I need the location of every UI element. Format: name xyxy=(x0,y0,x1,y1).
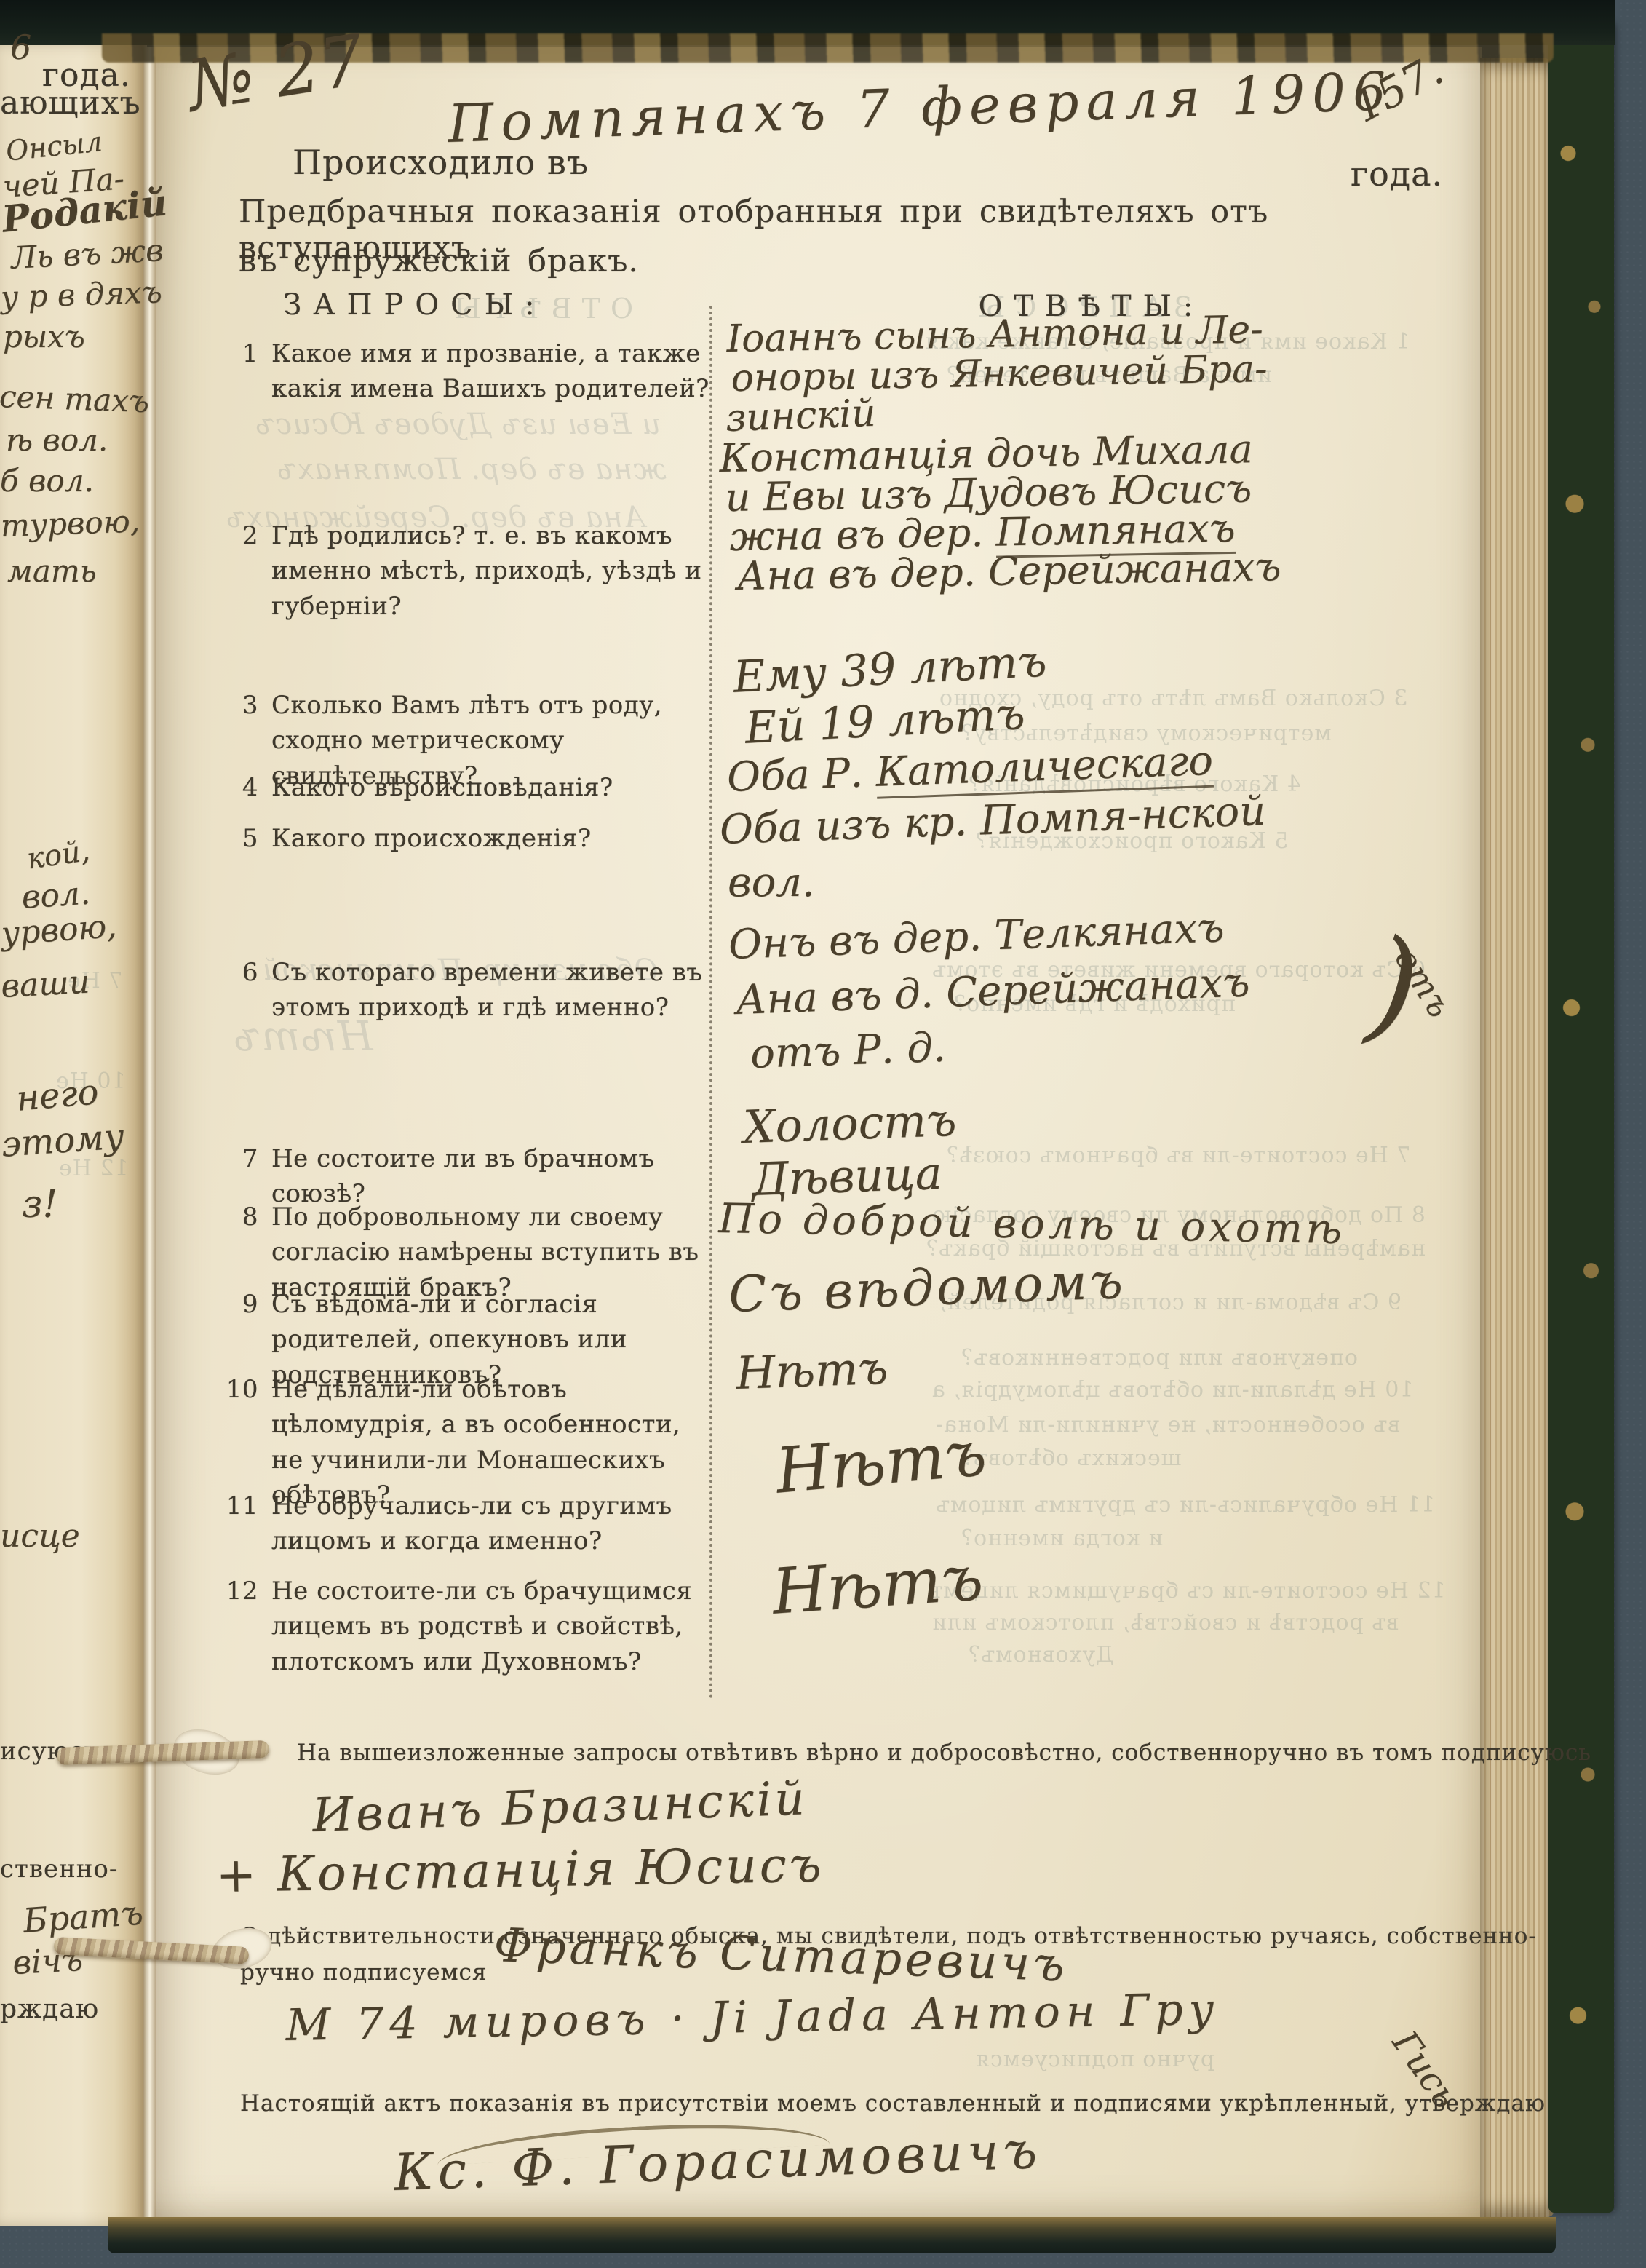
prev-page-print: ственно- xyxy=(0,1855,118,1884)
question-number: 1 xyxy=(218,336,258,407)
ghost-text: 7 Не состоите-ли въ брачномъ союзѣ? xyxy=(946,1143,1411,1168)
queries-column-header: ЗАПРОСЫ: xyxy=(204,288,626,322)
question-number: 4 xyxy=(218,770,258,805)
header-printed-year-suffix: года. xyxy=(1351,154,1443,194)
question-number: 5 xyxy=(218,821,258,856)
question-text: Какое имя и прозваніе, а также какія име… xyxy=(271,336,720,407)
gutter-fold xyxy=(143,47,156,2223)
answer-text: Оба Р. xyxy=(726,749,877,801)
signature-bride: + Констанція Юсисъ xyxy=(215,1836,824,1903)
page-block-edge xyxy=(1480,58,1554,2217)
prev-page-handwriting: ваши xyxy=(0,964,90,1005)
prev-page-handwriting: з! xyxy=(22,1183,57,1226)
ghost-text: въ особенности, не учинили-ли Мона- xyxy=(935,1412,1400,1438)
ghost-handwriting: и Евы изъ Дудовъ Юсисъ xyxy=(255,408,661,441)
question-number: 6 xyxy=(218,955,258,1026)
answer-10: Нѣтъ xyxy=(735,1341,888,1400)
question-text: Какого вѣроисповѣданія? xyxy=(271,770,720,805)
prev-page-handwriting: рыхъ xyxy=(3,319,85,354)
question-number: 12 xyxy=(218,1574,258,1679)
prev-page-handwriting: б вол. xyxy=(0,463,94,499)
question-1: 1Какое имя и прозваніе, а также какія им… xyxy=(218,336,720,407)
ghost-text: Духовномъ? xyxy=(968,1642,1113,1668)
prev-page-handwriting: этому xyxy=(0,1116,125,1165)
ghost-handwriting: жна въ дер. Помпянахъ xyxy=(277,453,667,486)
question-text: Какого происхожденія? xyxy=(271,821,720,856)
question-text: Не состоите-ли съ брачущимся лицемъ въ р… xyxy=(271,1574,720,1679)
header-line3: въ супружескій бракъ. xyxy=(239,243,639,279)
prev-page-print: ающихъ xyxy=(0,84,141,122)
question-number: 11 xyxy=(218,1488,258,1559)
ghost-text: 10 Не дѣлали-ли обѣтовъ цѣломудрія, а xyxy=(931,1377,1413,1403)
question-4: 4Какого вѣроисповѣданія? xyxy=(218,770,720,805)
question-text: Гдѣ родились? т. е. въ какомъ именно мѣс… xyxy=(271,518,720,624)
ghost-text: въ родствѣ и свойствѣ, плотскомъ или xyxy=(931,1610,1399,1635)
prev-page-handwriting: турвою, xyxy=(0,503,140,544)
question-11: 11Не обручались-ли съ другимъ лицомъ и к… xyxy=(218,1488,720,1559)
question-5: 5Какого происхожденія? xyxy=(218,821,720,856)
ghost-text: шескихъ обѣтовъ? xyxy=(961,1446,1182,1471)
question-2: 2Гдѣ родились? т. е. въ какомъ именно мѣ… xyxy=(218,518,720,624)
question-text: Съ котораго времени живете въ этомъ прих… xyxy=(271,955,720,1026)
ghost-text: 11 Не обручались-ли съ другимъ лицомъ xyxy=(935,1492,1435,1518)
answer-6-line-3: отъ Р. д. xyxy=(750,1024,947,1078)
book-scan: ОТВѢТЫ ЗАПРОСЫ 1 Какое имя и прозваніе, … xyxy=(0,0,1646,2268)
book-cover-bottom xyxy=(108,2217,1556,2253)
question-number: 2 xyxy=(218,518,258,624)
answer-12: Нѣтъ xyxy=(770,1542,985,1629)
statement-witnesses-line-2: ручно подписуемся xyxy=(240,1959,487,1986)
question-6: 6Съ котораго времени живете въ этомъ при… xyxy=(218,955,720,1026)
prev-page-handwriting: у р в дяхъ xyxy=(0,274,162,315)
book-cover-edge xyxy=(1548,22,1614,2213)
prev-page-handwriting: 6 xyxy=(10,28,31,67)
ghost-text: опекуновъ или родственниковъ? xyxy=(961,1345,1358,1371)
statement-priest: Настоящій актъ показанія въ присутствіи … xyxy=(240,2090,1546,2117)
question-text: Не обручались-ли съ другимъ лицомъ и ког… xyxy=(271,1488,720,1559)
prev-page-handwriting: ѣ вол. xyxy=(6,422,108,458)
question-12: 12Не состоите-ли съ брачущимся лицемъ въ… xyxy=(218,1574,720,1679)
answer-2-line-4: Ана въ дер. Серейжанахъ xyxy=(736,544,1281,599)
ghost-text: 12 Не состоите-ли съ брачущимся лицемъ xyxy=(928,1578,1446,1603)
prev-page-handwriting: мать xyxy=(7,553,97,589)
ghost-text: и когда именно? xyxy=(961,1526,1163,1551)
prev-page-print: рждаю xyxy=(0,1994,99,2024)
answer-7-line-1: Холостъ xyxy=(742,1093,957,1154)
prev-page-handwriting: него xyxy=(15,1071,100,1119)
answer-5-line-2: вол. xyxy=(728,859,815,906)
prev-page-handwriting: Братъ xyxy=(22,1892,144,1940)
prev-page-handwriting: исце xyxy=(0,1518,80,1555)
ghost-text: ручно подписуемся xyxy=(975,2047,1214,2072)
statement-self: На вышеизложенные запросы отвѣтивъ вѣрно… xyxy=(297,1740,1591,1766)
prev-page-handwriting: сен тахъ xyxy=(0,378,150,419)
